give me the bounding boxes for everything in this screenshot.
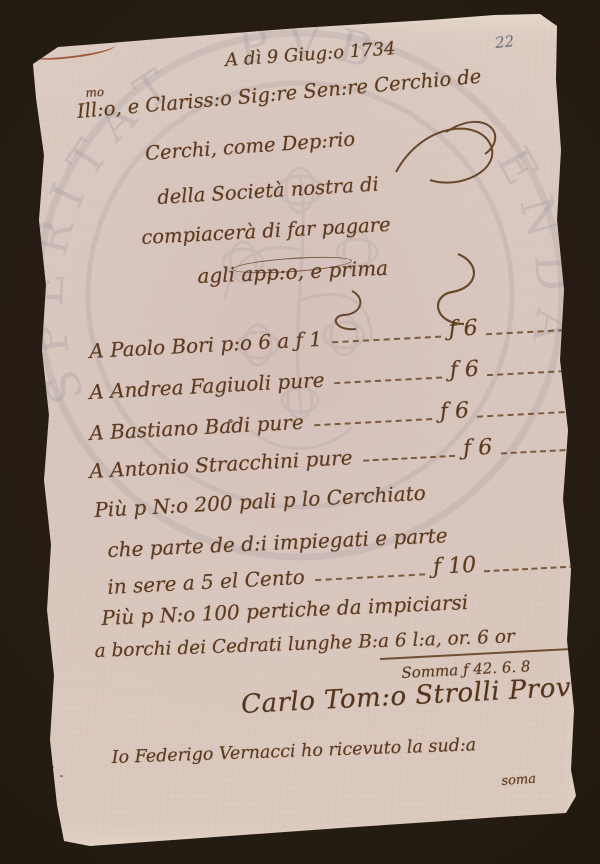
amount-text: ƒ 6 — [449, 357, 479, 383]
addendum-line: in sere a 5 el Cento — [107, 565, 306, 599]
receipt-word: soma — [501, 772, 537, 789]
salutation-line: compiacerà di far pagare — [141, 213, 391, 249]
payee-text: A Paolo Bori p:o 6 a ƒ 1 — [89, 327, 323, 363]
ink-speck — [52, 766, 54, 768]
folio-number: 22 — [494, 32, 515, 52]
receipt-line: Io Federigo Vernacci ho ricevuto la sud:… — [111, 735, 476, 768]
ink-speck — [34, 770, 36, 772]
dash-leader — [363, 455, 456, 462]
date-line: A dì 9 Giug:o 1734 — [225, 38, 397, 71]
dash-leader — [486, 328, 585, 335]
paraph-flourish-icon — [388, 110, 518, 205]
archival-underline-flourish-icon — [28, 41, 117, 64]
amount-text: ƒ 6 — [439, 398, 469, 424]
addendum-line: Più p N:o 200 pali p lo Cerchiato — [94, 481, 427, 522]
dash-leader — [477, 410, 585, 418]
salutation-line: della Società nostra di — [157, 173, 380, 209]
amount-text: ƒ 6 — [448, 316, 478, 342]
payee-text: A Andrea Fagiuoli pure — [89, 368, 325, 404]
dash-leader — [332, 336, 441, 344]
photo-backdrop: SPERITAT PVB ENDA u p S. 22 — [0, 0, 600, 864]
amount-text: ƒ 10 — [432, 553, 476, 580]
dash-leader — [315, 573, 426, 581]
dash-leader — [335, 377, 443, 385]
ink-blot — [228, 419, 233, 423]
ink-speck — [60, 775, 63, 777]
manuscript-page: SPERITAT PVB ENDA u p S. 22 — [0, 0, 600, 864]
addendum-line: a borchi dei Cedrati lunghe B:a 6 l:a, o… — [94, 626, 515, 662]
dash-leader — [484, 565, 585, 572]
salutation-line: Cerchi, come Dep:rio — [144, 127, 355, 165]
dash-leader — [501, 448, 585, 454]
archival-mark: u p S. — [24, 25, 74, 48]
payee-text: A Bastiano Badi pure — [89, 410, 305, 445]
dash-leader — [314, 418, 432, 426]
salutation-line: agli app:o, e prima — [197, 256, 389, 288]
ink-speck — [40, 758, 43, 761]
payee-text: A Antonio Stracchini pure — [89, 445, 353, 483]
amount-text: ƒ 6 — [462, 435, 492, 461]
dash-leader — [487, 369, 585, 376]
